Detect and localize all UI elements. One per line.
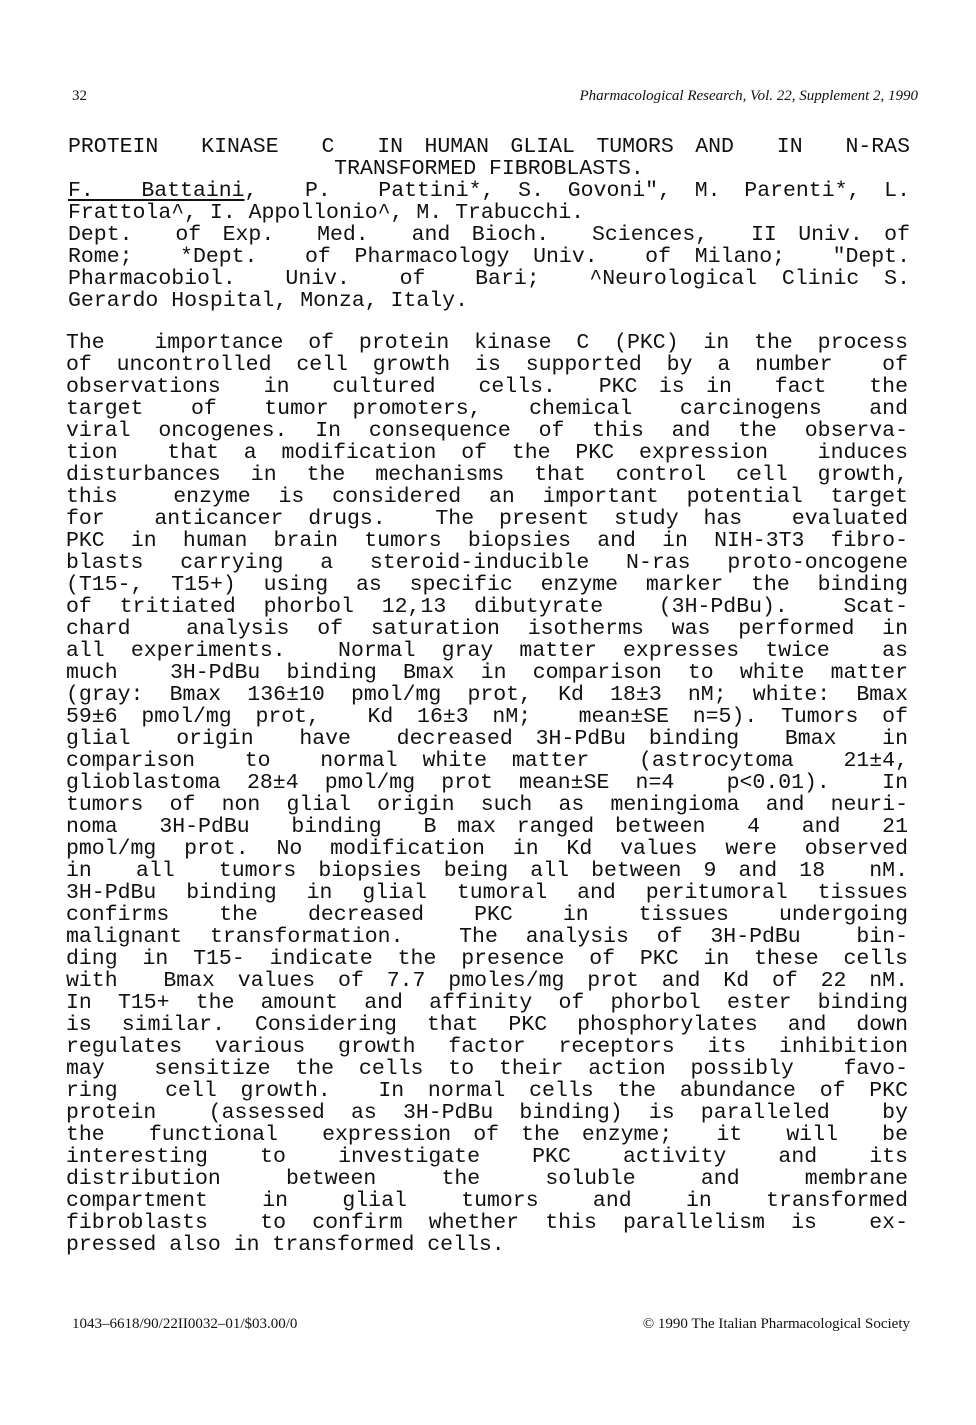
abstract-line: disturbances in the mechanisms that cont… bbox=[66, 464, 908, 486]
affiliation-line: Rome; *Dept. of Pharmacology Univ. of Mi… bbox=[68, 246, 910, 268]
title-line: TRANSFORMED FIBROBLASTS. bbox=[68, 158, 910, 180]
abstract-line: viral oncogenes. In consequence of this … bbox=[66, 420, 908, 442]
abstract-line: (gray: Bmax 136±10 pmol/mg prot, Kd 18±3… bbox=[66, 684, 908, 706]
abstract-line: pressed also in transformed cells. bbox=[66, 1234, 908, 1256]
abstract-line: In T15+ the amount and affinity of phorb… bbox=[66, 992, 908, 1014]
abstract-line: protein (assessed as 3H-PdBu binding) is… bbox=[66, 1102, 908, 1124]
abstract-line: may sensitize the cells to their action … bbox=[66, 1058, 908, 1080]
title-line: PROTEIN KINASE C IN HUMAN GLIAL TUMORS A… bbox=[68, 136, 910, 158]
abstract-line: pmol/mg prot. No modification in Kd valu… bbox=[66, 838, 908, 860]
abstract-line: in all tumors biopsies being all between… bbox=[66, 860, 908, 882]
abstract-line: this enzyme is considered an important p… bbox=[66, 486, 908, 508]
abstract-line: distribution between the soluble and mem… bbox=[66, 1168, 908, 1190]
abstract-line: confirms the decreased PKC in tissues un… bbox=[66, 904, 908, 926]
journal-citation: Pharmacological Research, Vol. 22, Suppl… bbox=[579, 88, 918, 105]
abstract-line: The importance of protein kinase C (PKC)… bbox=[66, 332, 908, 354]
abstract-body: The importance of protein kinase C (PKC)… bbox=[66, 332, 908, 1256]
abstract-line: regulates various growth factor receptor… bbox=[66, 1036, 908, 1058]
abstract-line: for anticancer drugs. The present study … bbox=[66, 508, 908, 530]
abstract-line: observations in cultured cells. PKC is i… bbox=[66, 376, 908, 398]
abstract-line: chard analysis of saturation isotherms w… bbox=[66, 618, 908, 640]
abstract-line: all experiments. Normal gray matter expr… bbox=[66, 640, 908, 662]
affiliation-line: Dept. of Exp. Med. and Bioch. Sciences, … bbox=[68, 224, 910, 246]
abstract-line: the functional expression of the enzyme;… bbox=[66, 1124, 908, 1146]
abstract-line: PKC in human brain tumors biopsies and i… bbox=[66, 530, 908, 552]
abstract-line: glial origin have decreased 3H-PdBu bind… bbox=[66, 728, 908, 750]
abstract-line: tion that a modification of the PKC expr… bbox=[66, 442, 908, 464]
abstract-line: ring cell growth. In normal cells the ab… bbox=[66, 1080, 908, 1102]
co-authors: , P. Pattini*, S. Govoni", M. Parenti*, … bbox=[245, 179, 910, 203]
abstract-line: much 3H-PdBu binding Bmax in comparison … bbox=[66, 662, 908, 684]
abstract-line: 3H-PdBu binding in glial tumoral and per… bbox=[66, 882, 908, 904]
abstract-line: (T15-, T15+) using as specific enzyme ma… bbox=[66, 574, 908, 596]
abstract-line: fibroblasts to confirm whether this para… bbox=[66, 1212, 908, 1234]
abstract-line: glioblastoma 28±4 pmol/mg prot mean±SE n… bbox=[66, 772, 908, 794]
page-footer: 1043–6618/90/22II0032–01/$03.00/0 © 1990… bbox=[72, 1316, 910, 1340]
abstract-line: blasts carrying a steroid-inducible N-ra… bbox=[66, 552, 908, 574]
abstract-line: noma 3H-PdBu binding B max ranged betwee… bbox=[66, 816, 908, 838]
abstract-line: interesting to investigate PKC activity … bbox=[66, 1146, 908, 1168]
abstract-line: of tritiated phorbol 12,13 dibutyrate (3… bbox=[66, 596, 908, 618]
running-header: 32 Pharmacological Research, Vol. 22, Su… bbox=[72, 88, 918, 112]
author-line: F. Battaini, P. Pattini*, S. Govoni", M.… bbox=[68, 180, 910, 202]
affiliation-line: Gerardo Hospital, Monza, Italy. bbox=[68, 290, 910, 312]
article-code: 1043–6618/90/22II0032–01/$03.00/0 bbox=[72, 1316, 297, 1333]
abstract-line: tumors of non glial origin such as menin… bbox=[66, 794, 908, 816]
abstract-line: of uncontrolled cell growth is supported… bbox=[66, 354, 908, 376]
abstract-line: comparison to normal white matter (astro… bbox=[66, 750, 908, 772]
article-title: PROTEIN KINASE C IN HUMAN GLIAL TUMORS A… bbox=[68, 136, 910, 180]
presenting-author: F. Battaini bbox=[68, 179, 245, 203]
abstract-line: target of tumor promoters, chemical carc… bbox=[66, 398, 908, 420]
abstract-line: compartment in glial tumors and in trans… bbox=[66, 1190, 908, 1212]
page-number: 32 bbox=[72, 88, 87, 105]
author-line: Frattola^, I. Appollonio^, M. Trabucchi. bbox=[68, 202, 910, 224]
author-block: F. Battaini, P. Pattini*, S. Govoni", M.… bbox=[68, 180, 910, 312]
copyright-notice: © 1990 The Italian Pharmacological Socie… bbox=[643, 1316, 910, 1333]
affiliation-line: Pharmacobiol. Univ. of Bari; ^Neurologic… bbox=[68, 268, 910, 290]
abstract-line: is similar. Considering that PKC phospho… bbox=[66, 1014, 908, 1036]
abstract-line: ding in T15- indicate the presence of PK… bbox=[66, 948, 908, 970]
abstract-line: 59±6 pmol/mg prot, Kd 16±3 nM; mean±SE n… bbox=[66, 706, 908, 728]
abstract-line: malignant transformation. The analysis o… bbox=[66, 926, 908, 948]
abstract-line: with Bmax values of 7.7 pmoles/mg prot a… bbox=[66, 970, 908, 992]
